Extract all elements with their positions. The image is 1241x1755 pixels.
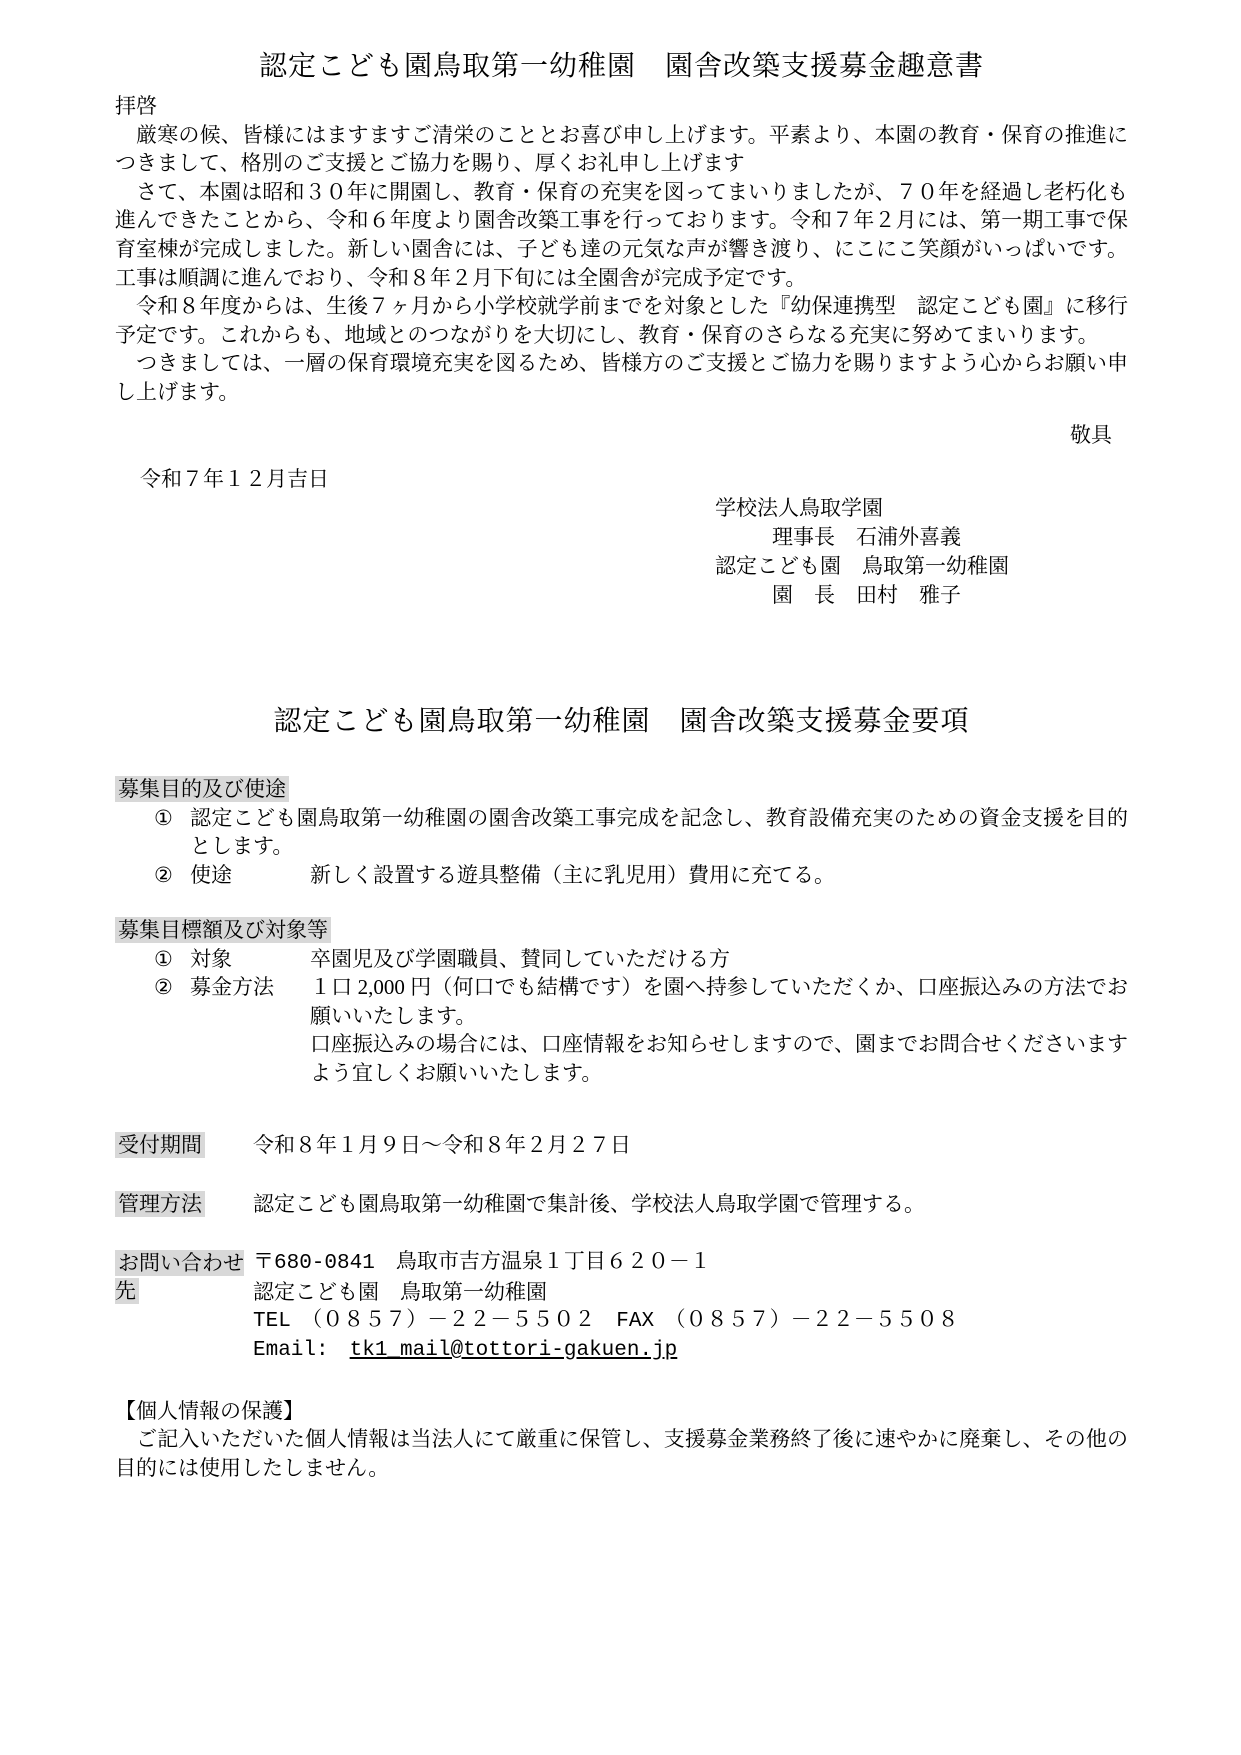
signature-kindergarten: 認定こども園 鳥取第一幼稚園 [715, 552, 1128, 581]
email-link[interactable]: tk1_mail@tottori-gakuen.jp [350, 1339, 678, 1362]
info-row-contact: お問い合わせ先 〒680-0841 鳥取市吉方温泉１丁目６２０－１ 認定こども園… [115, 1249, 1128, 1365]
letter-paragraph-3: 令和８年度からは、生後７ヶ月から小学校就学前までを対象とした『幼保連携型 認定こ… [115, 292, 1128, 349]
info-label-cell: お問い合わせ先 [115, 1249, 253, 1365]
guidelines-title: 認定こども園鳥取第一幼稚園 園舎改築支援募金要項 [115, 705, 1128, 739]
section-heading-target: 募集目標額及び対象等 [115, 916, 1128, 945]
item-text: 卒園児及び学園職員、賛同していただける方 [310, 945, 1128, 974]
item-label: 募金方法 [190, 973, 310, 1002]
document-page: 認定こども園鳥取第一幼稚園 園舎改築支援募金趣意書 拝啓 厳寒の候、皆様にはます… [0, 0, 1241, 1755]
letter-paragraph-2: さて、本園は昭和３０年に開園し、教育・保育の充実を図ってまいりましたが、７０年を… [115, 178, 1128, 292]
signature-principal: 園 長 田村 雅子 [715, 581, 1128, 610]
management-value: 認定こども園鳥取第一幼稚園で集計後、学校法人鳥取学園で管理する。 [253, 1190, 1128, 1219]
item-label: 使途 [190, 861, 310, 890]
section-heading-purpose: 募集目的及び使途 [115, 775, 1128, 804]
info-row-management: 管理方法 認定こども園鳥取第一幼稚園で集計後、学校法人鳥取学園で管理する。 [115, 1190, 1128, 1219]
info-label-cell: 管理方法 [115, 1190, 253, 1219]
section-heading-purpose-label: 募集目的及び使途 [115, 776, 289, 802]
email-label: Email: [253, 1339, 350, 1362]
letter-paragraph-4: つきましては、一層の保育環境充実を図るため、皆様方のご支援とご協力を賜りますよう… [115, 349, 1128, 406]
privacy-heading: 【個人情報の保護】 [115, 1397, 1128, 1426]
info-row-period: 受付期間 令和８年１月９日～令和８年２月２７日 [115, 1131, 1128, 1160]
item-text-line: １口 2,000 円（何口でも結構です）を園へ持参していただくか、口座振込みの方… [310, 973, 1128, 1030]
contact-details: 〒680-0841 鳥取市吉方温泉１丁目６２０－１ 認定こども園 鳥取第一幼稚園… [253, 1249, 1128, 1365]
item-number: ① [154, 804, 190, 833]
list-item: ① 対象 卒園児及び学園職員、賛同していただける方 [115, 945, 1128, 974]
item-number: ② [154, 861, 190, 890]
letter-date: 令和７年１２月吉日 [115, 465, 1128, 494]
list-item: ② 募金方法 １口 2,000 円（何口でも結構です）を園へ持参していただくか、… [115, 973, 1128, 1087]
section-heading-target-label: 募集目標額及び対象等 [115, 917, 331, 943]
contact-address: 〒680-0841 鳥取市吉方温泉１丁目６２０－１ [253, 1249, 1128, 1278]
letter-paragraph-1: 厳寒の候、皆様にはますますご清栄のこととお喜び申し上げます。平素より、本園の教育… [115, 121, 1128, 178]
letter-title: 認定こども園鳥取第一幼稚園 園舎改築支援募金趣意書 [115, 50, 1128, 84]
item-text: 認定こども園鳥取第一幼稚園の園舎改築工事完成を記念し、教育設備充実のための資金支… [190, 804, 1128, 861]
salutation: 拝啓 [115, 92, 1128, 121]
contact-name: 認定こども園 鳥取第一幼稚園 [253, 1278, 1128, 1307]
item-number: ② [154, 973, 190, 1002]
privacy-text: ご記入いただいた個人情報は当法人にて厳重に保管し、支援募金業務終了後に速やかに廃… [115, 1425, 1128, 1482]
management-label: 管理方法 [115, 1191, 205, 1217]
list-item: ② 使途 新しく設置する遊具整備（主に乳児用）費用に充てる。 [115, 861, 1128, 890]
list-item: ① 認定こども園鳥取第一幼稚園の園舎改築工事完成を記念し、教育設備充実のための資… [115, 804, 1128, 861]
period-value: 令和８年１月９日～令和８年２月２７日 [253, 1131, 1128, 1160]
contact-email-line: Email: tk1_mail@tottori-gakuen.jp [253, 1336, 1128, 1365]
contact-label: お問い合わせ先 [115, 1250, 244, 1305]
item-text-line: 口座振込みの場合には、口座情報をお知らせしますので、園までお問合せくださいますよ… [310, 1030, 1128, 1087]
item-text: 新しく設置する遊具整備（主に乳児用）費用に充てる。 [310, 861, 1128, 890]
signature-organization: 学校法人鳥取学園 [715, 494, 1128, 523]
period-label: 受付期間 [115, 1132, 205, 1158]
closing-word: 敬具 [115, 421, 1128, 450]
contact-tel-fax: TEL （０８５７）－２２－５５０２ FAX （０８５７）－２２－５５０８ [253, 1307, 1128, 1336]
signature-chairman: 理事長 石浦外喜義 [715, 523, 1128, 552]
info-label-cell: 受付期間 [115, 1131, 253, 1160]
item-label: 対象 [190, 945, 310, 974]
item-number: ① [154, 945, 190, 974]
signature-block: 学校法人鳥取学園 理事長 石浦外喜義 認定こども園 鳥取第一幼稚園 園 長 田村… [715, 494, 1128, 610]
item-text: １口 2,000 円（何口でも結構です）を園へ持参していただくか、口座振込みの方… [310, 973, 1128, 1087]
